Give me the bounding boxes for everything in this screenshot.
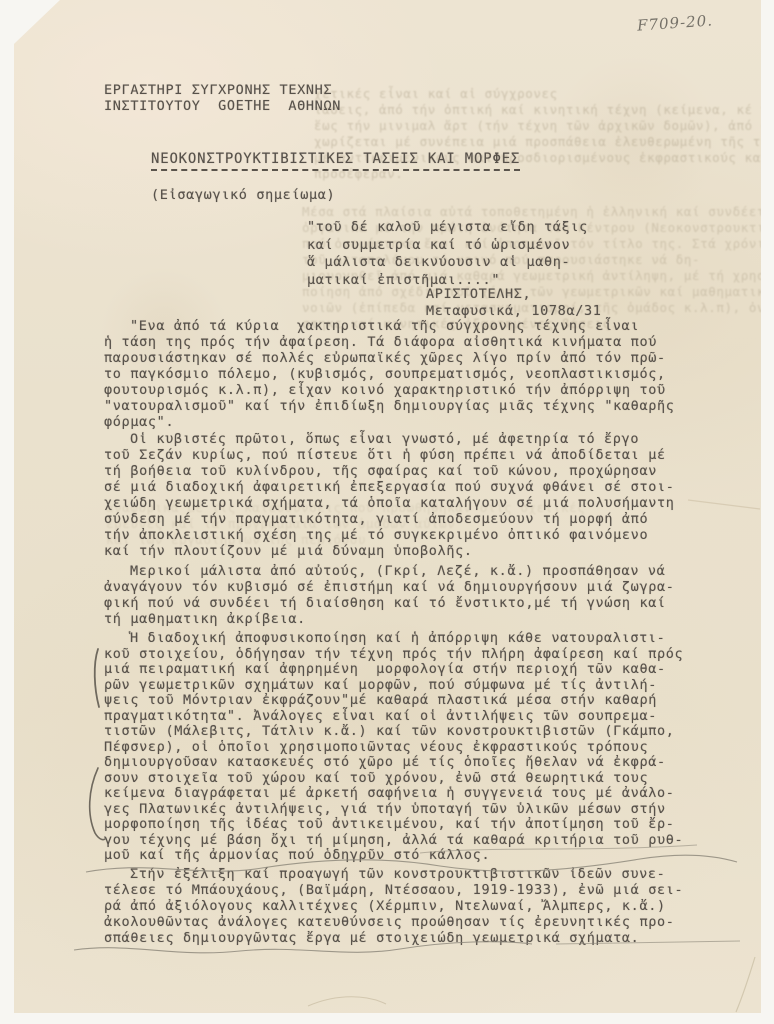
letterhead-line2: ΙΝΣΤΙΤΟΥΤΟΥ GOETHE ΑΘΗΝΩΝ (104, 98, 341, 114)
paragraph: Στήν ἐξέλιξη καί προαγωγή τῶν κονστρουκτ… (104, 866, 683, 946)
letterhead: ΕΡΓΑΣΤΗΡΙ ΣΥΓΧΡΟΝΗΣ ΤΕΧΝΗΣ ΙΝΣΤΙΤΟΥΤΟΥ G… (104, 82, 341, 114)
epigraph-attribution: ΑΡΙΣΤΟΤΕΛΗΣ, Μεταφυσικά, 1078α/31 (426, 286, 602, 319)
paragraph: "Ενα ἀπό τά κύρια χακτηριστικά τῆς σύγχρ… (104, 318, 675, 430)
paragraph: Ἡ διαδοχική ἀποφυσικοποίηση καί ἡ ἀπόρρι… (104, 631, 683, 864)
document-title: ΝΕΟΚΟΝΣΤΡΟΥΚΤΙΒΙΣΤΙΚΕΣ ΤΑΣΕΙΣ ΚΑΙ ΜΟΡΦΕΣ (151, 151, 520, 171)
intro-note: (Εἰσαγωγικό σημείωμα) (151, 187, 335, 203)
paragraph: Οἱ κυβιστές πρῶτοι, ὅπως εἶναι γνωστό, μ… (104, 431, 675, 559)
letterhead-line1: ΕΡΓΑΣΤΗΡΙ ΣΥΓΧΡΟΝΗΣ ΤΕΧΝΗΣ (104, 82, 332, 98)
epigraph-text: "τοῦ δέ καλοῦ μέγιστα εἴδη τάξις καί συμ… (307, 219, 588, 289)
document-page: χετικές εἶναι καί αἱ σύγχρονες τάσεις, ἀ… (14, 0, 761, 1013)
paragraph: Μερικοί μάλιστα ἀπό αὐτούς, (Γκρί, Λεζέ,… (104, 563, 675, 627)
epigraph-source: Μεταφυσικά, 1078α/31 (426, 303, 602, 319)
epigraph-author: ΑΡΙΣΤΟΤΕΛΗΣ, (426, 286, 531, 302)
